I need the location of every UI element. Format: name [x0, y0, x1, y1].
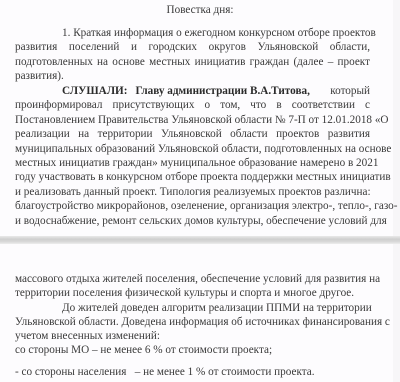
agenda-item-1-line: развития).	[15, 70, 370, 83]
heard-line: местных инициатив граждан» муниципальное…	[15, 157, 370, 170]
heard-first-line-rest: который	[330, 85, 370, 98]
algorithm-line: Ульяновской области. Доведена информация…	[15, 316, 370, 329]
algorithm-line: учетом внесенных изменений:	[15, 330, 370, 343]
heard-line: и водоснабжение, ремонт сельских домов к…	[15, 215, 370, 228]
continuation-line: массового отдыха жителей поселения, обес…	[15, 273, 370, 286]
agenda-item-1-line: 1. Краткая информация о ежегодном конкур…	[15, 27, 370, 40]
heard-line: Постановлением Правительства Ульяновской…	[15, 114, 370, 127]
continuation-line: территории поселения физической культуры…	[15, 287, 370, 300]
heard-line: благоустройство микрорайонов, озеленение…	[15, 200, 370, 213]
heard-label: СЛУШАЛИ:	[62, 85, 127, 98]
document-page-top: Повестка дня: 1. Краткая информация о еж…	[0, 0, 393, 236]
page-separator	[0, 236, 400, 244]
heard-line: и реализовать данный проект. Типология р…	[15, 186, 370, 199]
algorithm-line: До жителей доведен алгоритм реализации П…	[15, 302, 370, 315]
heard-line: реализации на территории Ульяновской обл…	[15, 128, 370, 141]
agenda-item-1-line: развития поселений и городских округов У…	[15, 41, 370, 54]
heard-line: муниципальных образований Ульяновской об…	[15, 143, 370, 156]
heard-line: проинформировал присутствующих о том, чт…	[15, 99, 370, 112]
agenda-heading: Повестка дня:	[0, 4, 400, 17]
heard-speaker: Главу администрации В.А.Титова,	[135, 85, 322, 98]
heard-first-line: СЛУШАЛИ: Главу администрации В.А.Титова,…	[15, 85, 370, 98]
agenda-item-1-line: подготовленных на основе местных инициат…	[15, 56, 370, 69]
heard-line: году участвовать в конкурсном отборе про…	[15, 171, 370, 184]
funding-population-line: - со стороны населения – не менее 1 % от…	[15, 366, 370, 379]
funding-mo-line: со стороны МО – не менее 6 % от стоимост…	[15, 344, 370, 357]
document-page-bottom: массового отдыха жителей поселения, обес…	[0, 244, 393, 382]
